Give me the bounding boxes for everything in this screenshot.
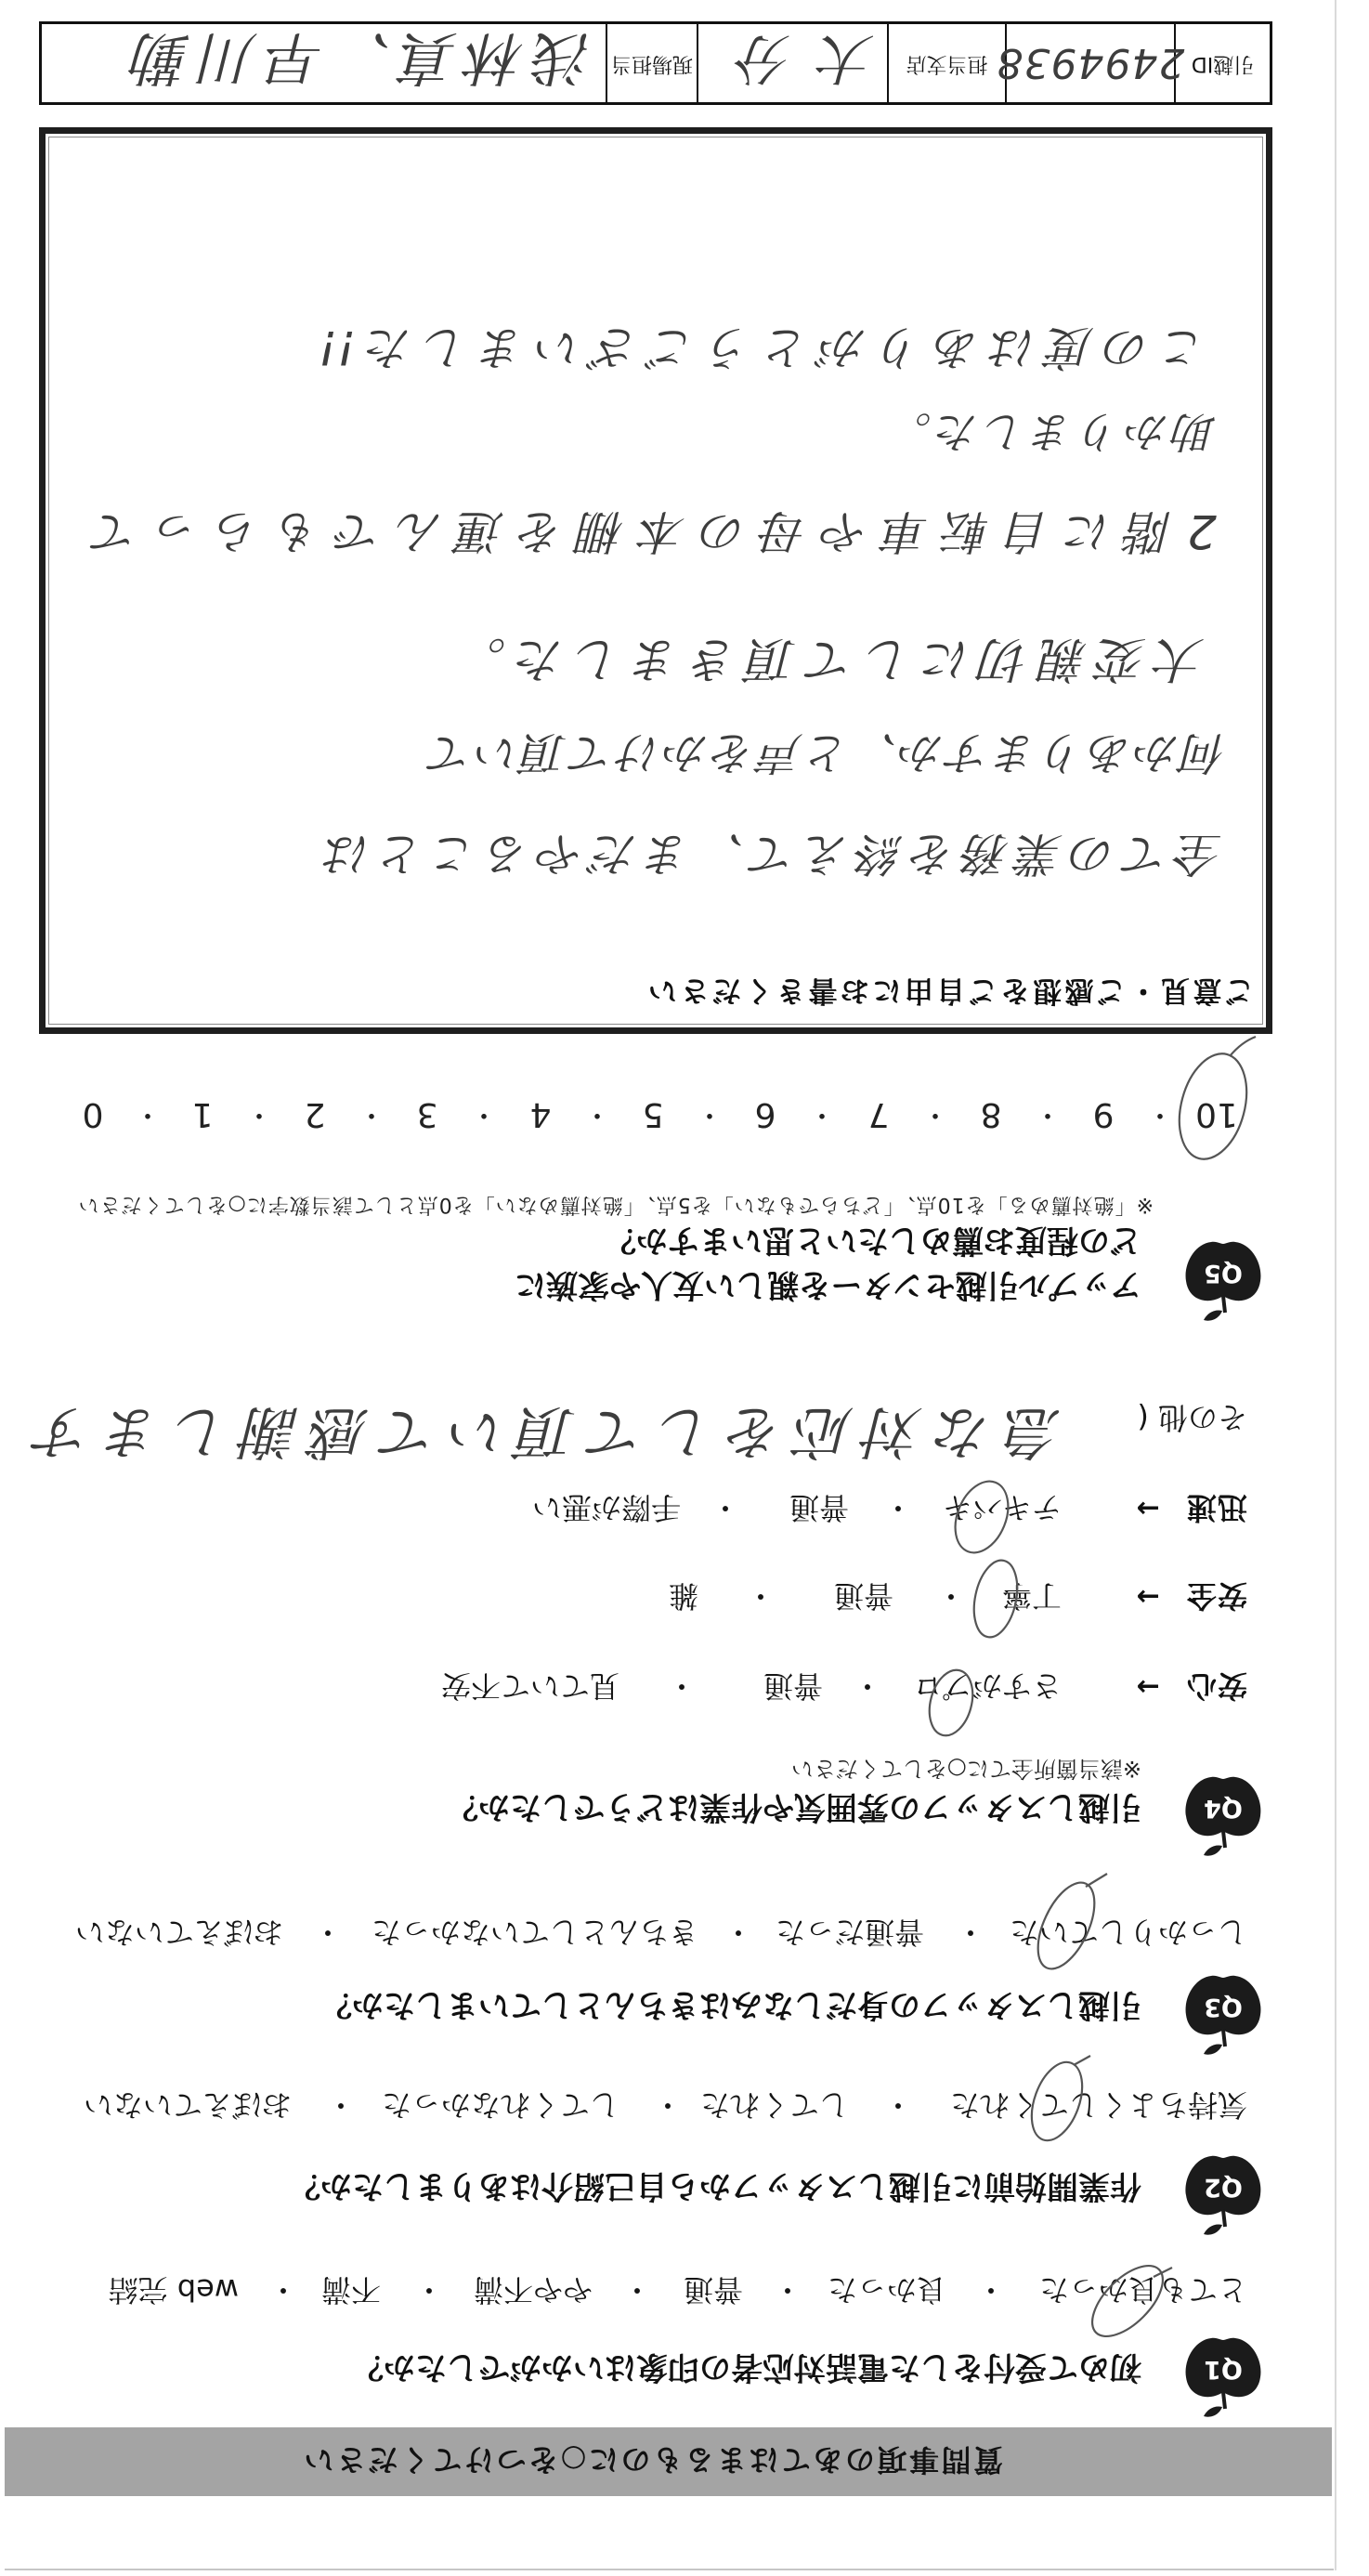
q5-question-line-1: アップル引越センターを親しい友人や家族に <box>515 1266 1141 1303</box>
separator-dot: ・ <box>1034 1096 1062 1131</box>
q5-badge-label: Q5 <box>1181 1254 1265 1291</box>
separator-dot: ・ <box>326 2089 356 2121</box>
comment-box-title: ご意見・ご感想をご自由にお書きください <box>645 974 1255 1006</box>
q4-row3-option-clumsy: 手際が悪い <box>532 1492 681 1523</box>
paper-edge-left <box>1335 0 1336 2570</box>
q5-badge: Q5 <box>1181 1240 1265 1322</box>
comment-line-6: この度はありがとうございました!! <box>319 322 1207 372</box>
comment-line-5: 助かりました。 <box>889 412 1217 452</box>
q4-row-label-safety: 安全 <box>1186 1580 1247 1612</box>
branch-value: 大分 <box>711 24 875 102</box>
q3-option-dont-remember: おぼえていない <box>75 1916 283 1948</box>
arrow-right-icon: → <box>1133 1670 1163 1702</box>
q4-row2-option-normal: 普通 <box>834 1580 893 1612</box>
q5-score-2: 2 <box>287 1096 343 1131</box>
site-staff-value: 浅林真、早川勤 <box>124 22 593 105</box>
q5-score-0: 0 <box>65 1096 121 1131</box>
q4-row1-option-uneasy: 見ていて不安 <box>441 1670 619 1702</box>
q1-question: 初めて受付をした電話対応者の印象はいかがでしたか？ <box>352 2348 1141 2386</box>
q3-question: 引越しスタッフの身だしなみはきちんとしていましたか？ <box>320 1986 1141 2023</box>
q1-option-very-good: とても良かった <box>1039 2274 1247 2306</box>
q3-option-normal: 普通だった <box>776 1916 924 1948</box>
separator-dot: ・ <box>583 1096 611 1131</box>
separator-dot: ・ <box>883 1492 913 1523</box>
separator-dot: ・ <box>976 2274 1006 2306</box>
separator-dot: ・ <box>696 1096 724 1131</box>
survey-sheet-rotated-180: 質問事項のあてはまるものに○をつけてください Q1 初めて受付をした電話対応者の… <box>0 0 1369 2576</box>
q4-row-label-reassurance: 安心 <box>1186 1670 1247 1702</box>
instruction-band: 質問事項のあてはまるものに○をつけてください <box>5 2427 1332 2496</box>
q2-question: 作業開始前に引越しスタッフから自己紹介はありましたか？ <box>289 2167 1141 2204</box>
move-id-label-cell: 引越ID <box>1174 24 1270 102</box>
arrow-right-icon: → <box>1133 1492 1163 1523</box>
q4-note: ※該当箇所全てに○をしてください <box>791 1757 1141 1781</box>
q4-row3-option-normal: 普通 <box>789 1492 849 1523</box>
separator-dot: ・ <box>936 1580 966 1612</box>
q5-score-1: 1 <box>175 1096 230 1131</box>
q5-score-7: 7 <box>851 1096 906 1131</box>
q4-row1-option-professional: さすがプロ <box>913 1670 1062 1702</box>
comment-line-2: 何かありますか、と声をかけて頂いて <box>429 725 1227 780</box>
q5-score-4: 4 <box>513 1096 568 1131</box>
branch-label-cell: 担当支店 <box>887 24 1005 102</box>
separator-dot: ・ <box>622 2274 652 2306</box>
q3-badge-label: Q3 <box>1181 1988 1265 2025</box>
separator-dot: ・ <box>653 2089 683 2121</box>
comment-box <box>39 127 1272 1034</box>
q4-row1-option-normal: 普通 <box>763 1670 823 1702</box>
paper-edge-top <box>5 2569 1334 2570</box>
q4-other-label: その他 ( <box>1137 1402 1247 1433</box>
move-id-value-cell: 2494938 <box>1005 24 1174 102</box>
separator-dot: ・ <box>358 1096 385 1131</box>
q5-score-5: 5 <box>625 1096 681 1131</box>
q3-option-not-neat: きちんとしていなかった <box>372 1916 698 1948</box>
move-id-label: 引越ID <box>1192 51 1254 75</box>
q1-option-good: 良かった <box>828 2274 946 2306</box>
q1-option-somewhat-dissatisfied: やや不満 <box>474 2274 593 2306</box>
q1-badge-label: Q1 <box>1181 2350 1265 2387</box>
separator-dot: ・ <box>808 1096 836 1131</box>
separator-dot: ・ <box>245 1096 273 1131</box>
q4-row3-option-efficient: テキパキ <box>943 1492 1062 1523</box>
separator-dot: ・ <box>711 1492 740 1523</box>
q5-score-6: 6 <box>737 1096 793 1131</box>
arrow-right-icon: → <box>1133 1580 1163 1612</box>
q4-row2-option-rough: 雑 <box>669 1580 698 1612</box>
q1-option-web: web 完結 <box>109 2274 239 2306</box>
separator-dot: ・ <box>313 1916 343 1948</box>
q5-score-10: 10 <box>1189 1096 1245 1131</box>
q4-row-label-speed: 迅速 <box>1186 1492 1247 1523</box>
separator-dot: ・ <box>724 1916 753 1948</box>
comment-line-4: 2階に自転車や母の本棚を運んでもらって <box>93 508 1217 555</box>
q5-score-3: 3 <box>399 1096 455 1131</box>
separator-dot: ・ <box>921 1096 949 1131</box>
site-staff-label-cell: 現場担当 <box>606 24 697 102</box>
branch-value-cell: 大分 <box>697 24 887 102</box>
q1-badge: Q1 <box>1181 2336 1265 2418</box>
q2-badge: Q2 <box>1181 2154 1265 2236</box>
q3-option-neat: しっかりしていた <box>1010 1916 1247 1948</box>
site-staff-label: 現場担当 <box>611 51 693 75</box>
q5-score-8: 8 <box>963 1096 1019 1131</box>
q4-question: 引越しスタッフの雰囲気や作業はどうでしたか？ <box>447 1788 1141 1825</box>
site-staff-value-cell: 浅林真、早川勤 <box>42 24 606 102</box>
q2-option-yes: してくれた <box>700 2089 849 2121</box>
q4-row2-option-careful: 丁寧 <box>1002 1580 1062 1612</box>
separator-dot: ・ <box>746 1580 776 1612</box>
q2-badge-label: Q2 <box>1181 2168 1265 2205</box>
separator-dot: ・ <box>268 2274 298 2306</box>
separator-dot: ・ <box>853 1670 882 1702</box>
separator-dot: ・ <box>470 1096 498 1131</box>
separator-dot: ・ <box>956 1916 985 1948</box>
comment-line-1: 全ての業務を終えて、まだやることは <box>325 827 1223 880</box>
q4-badge: Q4 <box>1181 1775 1265 1857</box>
instruction-text: 質問事項のあてはまるものに○をつけてください <box>302 2440 1003 2483</box>
header-info-strip: 引越ID 2494938 担当支店 大分 現場担当 浅林真、早川勤 <box>39 21 1272 105</box>
q2-option-dont-remember: おぼえていない <box>84 2089 292 2121</box>
q4-badge-label: Q4 <box>1181 1789 1265 1826</box>
q4-other-handwritten: 急な対応をして頂いて感謝します <box>35 1384 1062 1480</box>
separator-dot: ・ <box>773 2274 802 2306</box>
branch-label: 担当支店 <box>906 51 988 75</box>
separator-dot: ・ <box>1146 1096 1174 1131</box>
q5-note: ※「絶対薦める」を10点、「どちらでもない」を5点、「絶対薦めない」を0点として… <box>78 1192 1154 1216</box>
q2-option-pleasant: 気持ちよくしてくれた <box>950 2089 1247 2121</box>
q1-option-normal: 普通 <box>684 2274 743 2306</box>
separator-dot: ・ <box>134 1096 162 1131</box>
separator-dot: ・ <box>883 2089 913 2121</box>
q5-question-line-2: どの程度お薦めしたいと思いますか？ <box>605 1222 1141 1259</box>
separator-dot: ・ <box>667 1670 697 1702</box>
q2-option-no: してくれなかった <box>382 2089 619 2121</box>
comment-line-3: 大変親切にして頂きました。 <box>458 632 1205 685</box>
q3-badge: Q3 <box>1181 1974 1265 2056</box>
q1-option-dissatisfied: 不満 <box>321 2274 381 2306</box>
q5-score-9: 9 <box>1076 1096 1131 1131</box>
move-id-value: 2494938 <box>997 40 1185 87</box>
separator-dot: ・ <box>414 2274 444 2306</box>
